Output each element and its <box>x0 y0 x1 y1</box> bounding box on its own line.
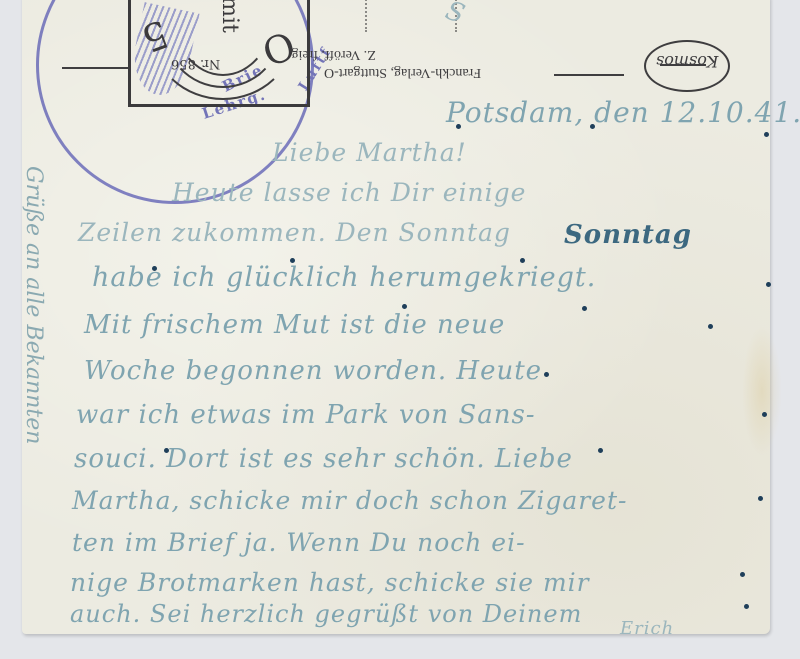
inserted-word: Sonntag <box>564 220 692 250</box>
ink-stroke: S <box>441 0 469 30</box>
ink-dot <box>456 124 461 129</box>
publisher-line: Franckh-Verlag, Stuttgart-O <box>324 64 481 80</box>
logo-text: Kosmos <box>656 52 718 71</box>
letter-line: habe ich glücklich herumgekriegt. <box>92 262 596 293</box>
ink-dot <box>164 448 169 453</box>
ink-dot <box>544 372 549 377</box>
letter-line: Liebe Martha! <box>272 138 467 167</box>
letter-line: war ich etwas im Park von Sans- <box>76 400 536 430</box>
postcard: S Gerätebesichtigung Brie Lehrg. Luftf 5… <box>22 0 770 634</box>
ink-dot <box>152 266 157 271</box>
ink-dot <box>708 324 713 329</box>
address-rule <box>554 74 624 76</box>
letter-line: Zeilen zukommen. Den Sonntag <box>78 218 511 247</box>
letter-line: Martha, schicke mir doch schon Zigaret- <box>72 486 627 515</box>
release-line: Z. Veröff. freig. <box>288 46 376 62</box>
letter-line: ten im Brief ja. Wenn Du noch ei- <box>72 528 526 557</box>
address-divider-dotted <box>365 0 367 32</box>
margin-note: Grüße an alle Bekannten <box>21 166 46 444</box>
letter-line: Woche begonnen worden. Heute <box>84 356 542 386</box>
dateline: Potsdam, den 12.10.41. <box>446 96 800 129</box>
kosmos-logo: Kosmos <box>644 40 730 92</box>
signature: Erich <box>620 618 674 639</box>
ink-dot <box>582 306 587 311</box>
ink-dot <box>598 448 603 453</box>
letter-line: auch. Sei herzlich gegrüßt von Deinem <box>70 600 582 628</box>
postage-number: Nr. 856 <box>171 56 220 71</box>
letter-line: Mit frischem Mut ist die neue <box>84 310 505 340</box>
ink-dot <box>758 496 763 501</box>
ink-dot <box>740 572 745 577</box>
ink-dot <box>764 132 769 137</box>
letter-line: souci. Dort ist es sehr schön. Liebe <box>74 444 573 474</box>
letter-line: Heute lasse ich Dir einige <box>172 178 526 207</box>
ink-dot <box>520 258 525 263</box>
address-rule <box>62 67 128 69</box>
ink-dot <box>762 412 767 417</box>
ink-dot <box>590 124 595 129</box>
postmark-text: mit <box>217 0 242 33</box>
ink-dot <box>766 282 771 287</box>
ink-dot <box>290 258 295 263</box>
ink-dot <box>744 604 749 609</box>
postage-stamp: 5 O mit Nr. 856 <box>128 0 310 107</box>
paper-stain <box>742 326 782 456</box>
letter-line: nige Brotmarken hast, schicke sie mir <box>70 568 590 597</box>
ink-dot <box>402 304 407 309</box>
